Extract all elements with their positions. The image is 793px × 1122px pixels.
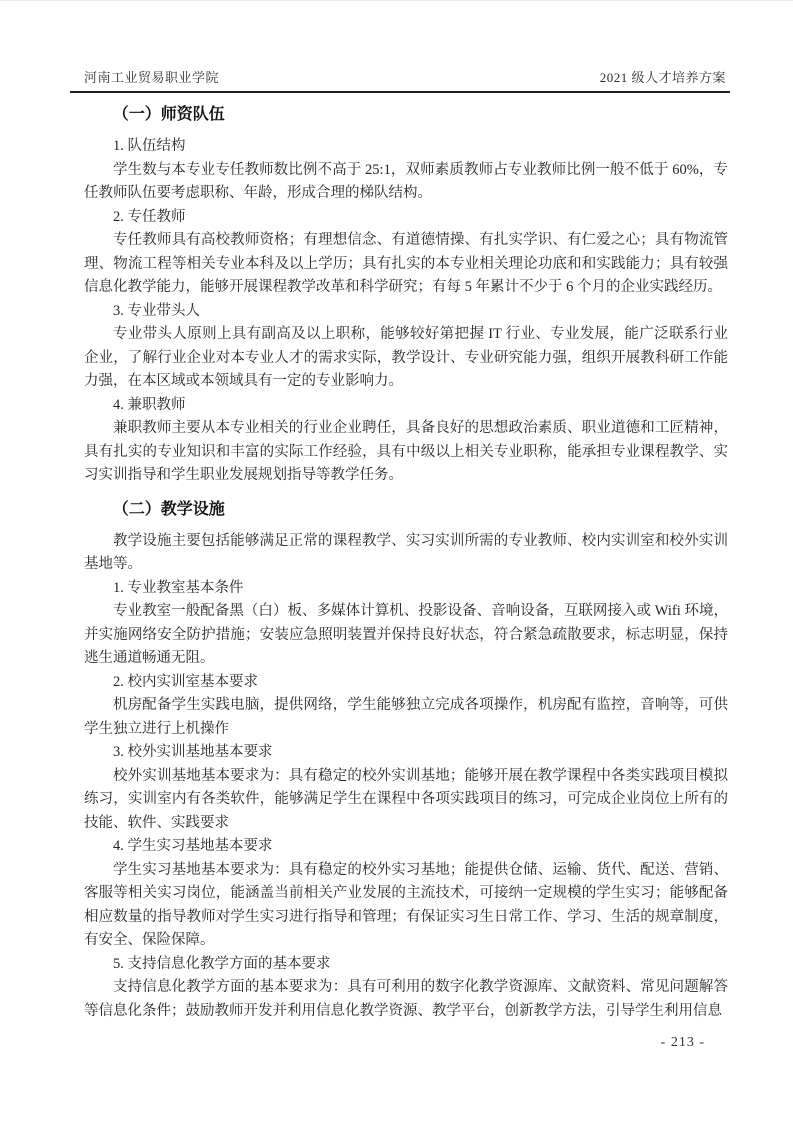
header-doc-title: 2021 级人才培养方案 [600, 67, 730, 86]
item-heading: 1. 专业教室基本条件 [84, 577, 728, 601]
item-heading: 3. 专业带头人 [84, 300, 728, 324]
item-heading: 3. 校外实训基地基本要求 [84, 741, 728, 765]
item-heading: 4. 学生实习基地基本要求 [84, 835, 728, 859]
header-school-name: 河南工业贸易职业学院 [70, 67, 219, 86]
item-heading: 2. 校内实训室基本要求 [84, 671, 728, 695]
paragraph: 专任教师具有高校教师资格；有理想信念、有道德情操、有扎实学识、有仁爱之心；具有物… [84, 229, 728, 300]
paragraph: 校外实训基地基本要求为：具有稳定的校外实训基地；能够开展在教学课程中各类实践项目… [84, 765, 728, 836]
page-number: - 213 - [661, 1035, 705, 1051]
paragraph: 专业教室一般配备黑（白）板、多媒体计算机、投影设备、音响设备，互联网接入或 Wi… [84, 600, 728, 671]
paragraph: 兼职教师主要从本专业相关的行业企业聘任，具备良好的思想政治素质、职业道德和工匠精… [84, 417, 728, 488]
section-heading: （一）师资队伍 [84, 101, 728, 129]
item-heading: 2. 专任教师 [84, 206, 728, 230]
paragraph: 学生数与本专业专任教师数比例不高于 25:1，双师素质教师占专业教师比例一般不低… [84, 159, 728, 206]
paragraph: 机房配备学生实践电脑，提供网络，学生能够独立完成各项操作，机房配有监控，音响等，… [84, 694, 728, 741]
section-heading: （二）教学设施 [84, 496, 728, 524]
paragraph: 学生实习基地基本要求为：具有稳定的校外实习基地；能提供仓储、运输、货代、配送、营… [84, 859, 728, 953]
item-heading: 4. 兼职教师 [84, 394, 728, 418]
page-header: 河南工业贸易职业学院 2021 级人才培养方案 [70, 67, 730, 93]
document-page: 河南工业贸易职业学院 2021 级人才培养方案 （一）师资队伍1. 队伍结构学生… [0, 0, 793, 1122]
document-body: （一）师资队伍1. 队伍结构学生数与本专业专任教师数比例不高于 25:1，双师素… [84, 101, 728, 1023]
paragraph: 支持信息化教学方面的基本要求为：具有可利用的数字化教学资源库、文献资料、常见问题… [84, 976, 728, 1023]
paragraph: 教学设施主要包括能够满足正常的课程教学、实习实训所需的专业教师、校内实训室和校外… [84, 530, 728, 577]
paragraph: 专业带头人原则上具有副高及以上职称，能够较好第把握 IT 行业、专业发展，能广泛… [84, 323, 728, 394]
item-heading: 1. 队伍结构 [84, 135, 728, 159]
item-heading: 5. 支持信息化教学方面的基本要求 [84, 953, 728, 977]
